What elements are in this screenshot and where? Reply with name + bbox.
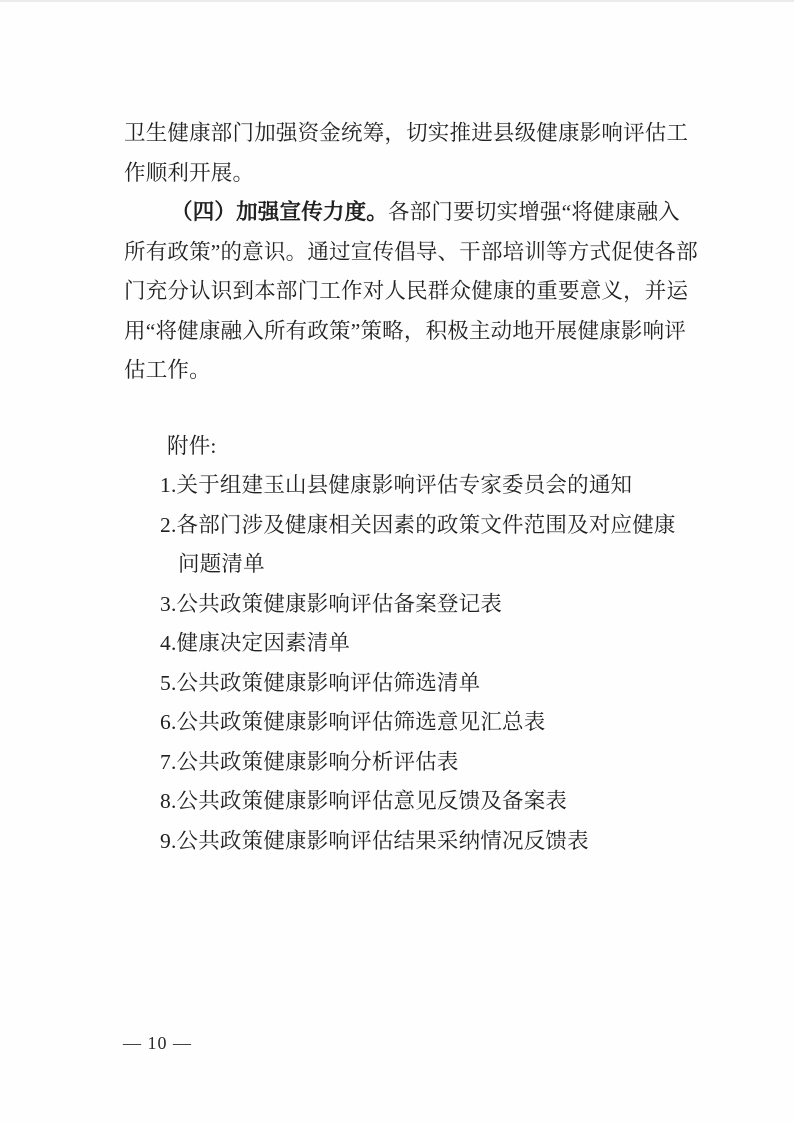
attachment-item-title: 公共政策健康影响评估备案登记表: [177, 592, 503, 616]
attachment-item-number: 7.: [160, 750, 177, 774]
paragraph-line: 作顺利开展。: [124, 154, 690, 194]
attachments-label: 附件:: [124, 427, 690, 467]
attachment-item-title: 公共政策健康影响评估筛选清单: [177, 671, 481, 695]
paragraph-line: 用“将健康融入所有政策”策略，积极主动地开展健康影响评: [124, 312, 690, 352]
attachment-item-continuation: 问题清单: [124, 545, 690, 585]
section-heading-line: （四）加强宣传力度。各部门要切实增强“将健康融入: [124, 193, 690, 233]
paragraph-line: 所有政策”的意识。通过宣传倡导、干部培训等方式促使各部: [124, 233, 690, 273]
attachment-item-number: 3.: [160, 592, 177, 616]
attachment-item-title: 健康决定因素清单: [177, 631, 351, 655]
attachment-item: 6.公共政策健康影响评估筛选意见汇总表: [124, 703, 690, 743]
attachment-item-title: 关于组建玉山县健康影响评估专家委员会的通知: [177, 473, 633, 497]
attachment-item-title: 各部门涉及健康相关因素的政策文件范围及对应健康: [177, 513, 676, 537]
paragraph-line: 估工作。: [124, 351, 690, 391]
attachment-item: 5.公共政策健康影响评估筛选清单: [124, 664, 690, 704]
attachment-item-number: 1.: [160, 473, 177, 497]
attachment-item: 4.健康决定因素清单: [124, 624, 690, 664]
attachment-item: 3.公共政策健康影响评估备案登记表: [124, 585, 690, 625]
paragraph-line: 卫生健康部门加强资金统筹，切实推进县级健康影响评估工: [124, 114, 690, 154]
attachment-item-number: 6.: [160, 710, 177, 734]
attachment-item-title: 公共政策健康影响评估意见反馈及备案表: [177, 789, 568, 813]
attachment-item: 1.关于组建玉山县健康影响评估专家委员会的通知: [124, 466, 690, 506]
document-body: 卫生健康部门加强资金统筹，切实推进县级健康影响评估工 作顺利开展。 （四）加强宣…: [124, 114, 690, 861]
attachment-item-number: 8.: [160, 789, 177, 813]
page-number: — 10 —: [123, 1032, 192, 1054]
attachment-item: 2.各部门涉及健康相关因素的政策文件范围及对应健康: [124, 506, 690, 546]
attachment-item-title: 公共政策健康影响分析评估表: [177, 750, 459, 774]
section-heading: （四）加强宣传力度。: [171, 200, 388, 224]
attachment-item-number: 5.: [160, 671, 177, 695]
attachment-item-title: 公共政策健康影响评估结果采纳情况反馈表: [177, 829, 589, 853]
attachment-item-number: 4.: [160, 631, 177, 655]
attachment-item-number: 2.: [160, 513, 177, 537]
attachment-item: 8.公共政策健康影响评估意见反馈及备案表: [124, 782, 690, 822]
paragraph-text: 各部门要切实增强“将健康融入: [388, 200, 680, 224]
document-page: 卫生健康部门加强资金统筹，切实推进县级健康影响评估工 作顺利开展。 （四）加强宣…: [0, 0, 794, 1122]
attachment-item-title: 公共政策健康影响评估筛选意见汇总表: [177, 710, 546, 734]
attachment-item-number: 9.: [160, 829, 177, 853]
paragraph-line: 门充分认识到本部门工作对人民群众健康的重要意义，并运: [124, 272, 690, 312]
attachment-item: 9.公共政策健康影响评估结果采纳情况反馈表: [124, 822, 690, 862]
attachment-item: 7.公共政策健康影响分析评估表: [124, 743, 690, 783]
